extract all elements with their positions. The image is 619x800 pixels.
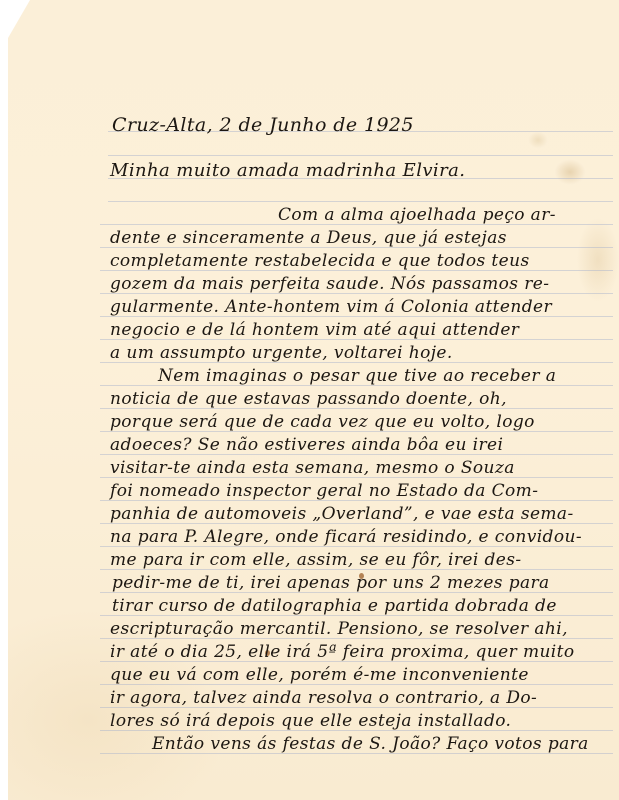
ruled-line [108,201,613,202]
letter-line: panhia de automoveis „Overland”, e vae e… [110,506,574,523]
salutation: Minha muito amada madrinha Elvira. [110,162,465,180]
letter-line: ir agora, talvez ainda resolva o contrar… [110,690,537,707]
letter-line: dente e sinceramente a Deus, que já este… [110,230,507,247]
letter-line: gularmente. Ante-hontem vim á Colonia at… [110,299,552,316]
letter-line: Com a alma ajoelhada peço ar- [278,207,556,224]
letter-line: que eu vá com elle, porém é-me inconveni… [110,667,529,684]
letter-line: a um assumpto urgente, voltarei hoje. [110,345,453,362]
letter-line: adoeces? Se não estiveres ainda bôa eu i… [110,437,503,454]
letter-line: me para ir com elle, assim, se eu fôr, i… [110,552,522,569]
letter-line: tirar curso de datilographia e partida d… [112,598,557,615]
letter-line: ir até o dia 25, elle irá 5ª feira proxi… [110,644,575,661]
letter-line: porque será que de cada vez que eu volto… [110,414,535,431]
letter-line: negocio e de lá hontem vim até aqui atte… [110,322,519,339]
letter-line: gozem da mais perfeita saude. Nós passam… [110,276,549,293]
letter-line: na para P. Alegre, onde ficará residindo… [110,529,582,546]
letter-line: Então vens ás festas de S. João? Faço vo… [152,736,589,753]
letter-line: foi nomeado inspector geral no Estado da… [110,483,538,500]
letter-line: pedir-me de ti, irei apenas por uns 2 me… [112,575,550,592]
letter-line: visitar-te ainda esta semana, mesmo o So… [110,460,515,477]
letter-line: completamente restabelecida e que todos … [110,253,530,270]
letter-line: Nem imaginas o pesar que tive ao receber… [158,368,556,385]
ruled-line [108,155,613,156]
letter-line: escripturação mercantil. Pensiono, se re… [110,621,568,638]
letter-line: lores só irá depois que elle esteja inst… [110,713,511,730]
letter-paper: Cruz-Alta, 2 de Junho de 1925 Minha muit… [8,0,619,800]
place-date: Cruz-Alta, 2 de Junho de 1925 [112,116,414,135]
letter-line: noticia de que estavas passando doente, … [110,391,507,408]
